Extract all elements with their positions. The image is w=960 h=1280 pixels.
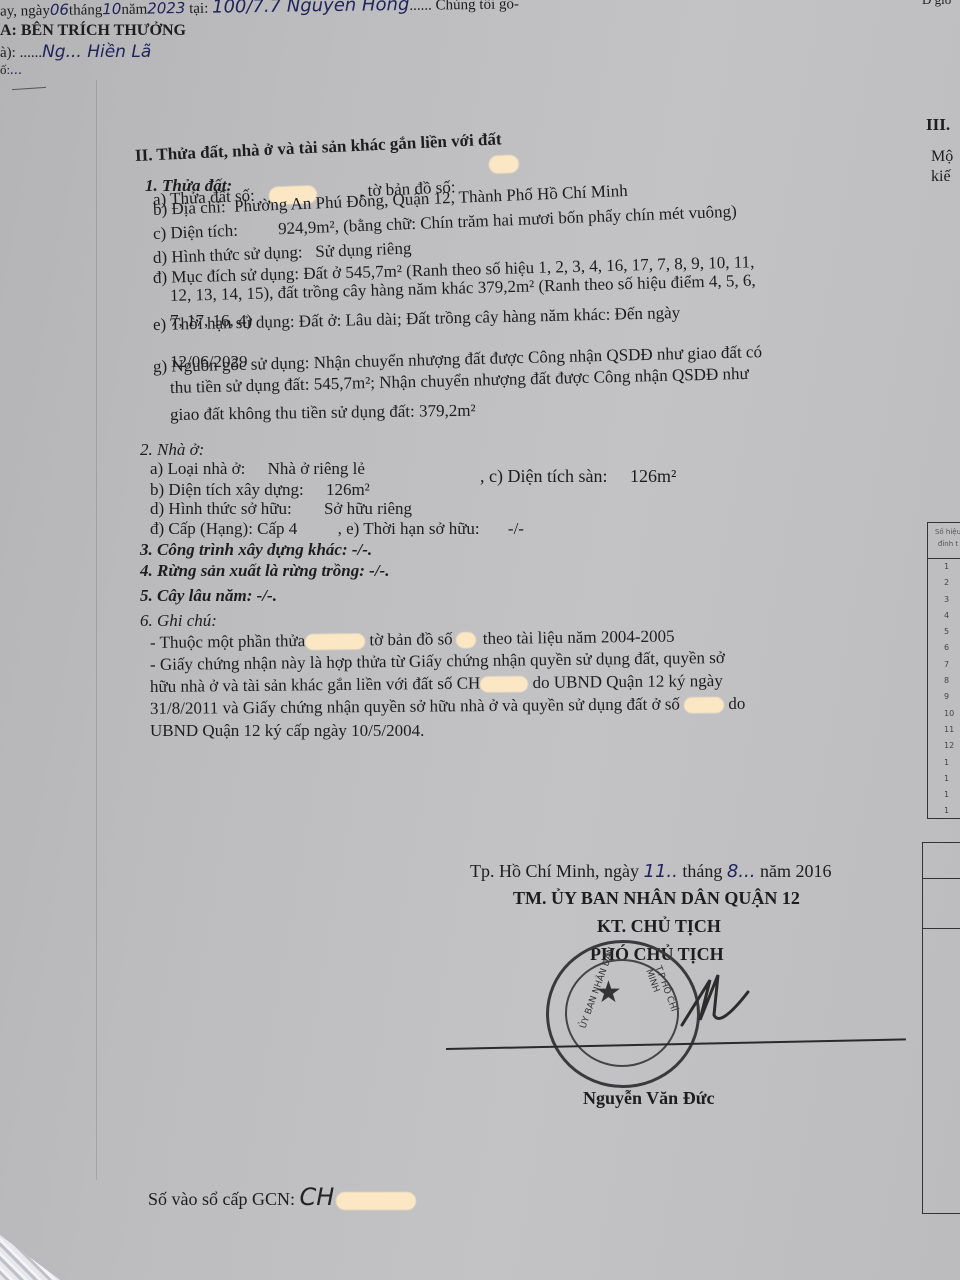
note1-part-a: - Thuộc một phần thửa [150,631,305,652]
section-iii-heading: III. [926,115,950,135]
old-certificate-redacted [684,697,724,713]
note-2-line-2: hữu nhà ở và tài sản khác gắn liền với đ… [150,671,723,697]
ownership-line: d) Hình thức sở hữu: Sở hữu riêng [150,499,412,519]
page-fold [96,80,97,1180]
other-works: 3. Công trình xây dựng khác: -/-. [140,540,372,560]
note2-line2-part-a: hữu nhà ở và tài sản khác gắn liền với đ… [150,674,480,696]
note1-part-c: theo tài liệu năm 2004-2005 [483,627,675,648]
map-sheet-redacted [488,155,519,174]
certificate-redacted [480,676,528,693]
own-term-value: -/- [508,519,524,538]
line4-prefix: ố: [0,62,10,77]
grade-label: đ) Cấp (Hạng): [150,519,253,538]
address-label: b) Địa chỉ: [153,197,226,219]
signing-year-label: năm [760,861,791,881]
handwritten-signature-icon [680,970,750,1030]
signer-name: Nguyễn Văn Đức [583,1088,714,1109]
vertex-row: 9 [944,689,960,705]
right-page-box [922,842,960,1214]
grade-line: đ) Cấp (Hạng): Cấp 4 , e) Thời hạn sở hữ… [150,519,524,539]
vertex-row: 8 [944,673,960,689]
vertex-row: 11 [944,722,960,738]
vertex-row: 2 [944,575,960,591]
place-label: tại: [189,1,208,17]
grade-value: Cấp 4 [257,519,297,538]
parcel-redacted [305,633,365,650]
line4-handwritten: ... [10,63,22,78]
party-name-line: à): ......Ng... Hiền Lã [0,42,151,62]
use-form-value: Sử dụng riêng [315,239,412,262]
note2-line3-part-a: 31/8/2011 và Giấy chứng nhận quyền sở hữ… [150,694,680,718]
box-divider [923,878,960,879]
signing-year: 2016 [795,861,831,881]
vertex-table: Số hiệu đỉnh t 1234567891011121111 [927,522,960,819]
house-type-label: a) Loại nhà ở: [150,459,245,478]
vertex-table-rows: 1234567891011121111 [928,559,960,820]
built-area-value: 126m² [326,480,370,499]
year-label: năm [121,2,147,18]
vertex-row: 3 [944,592,960,608]
month-label: tháng [69,2,103,18]
built-area-label: b) Diện tích xây dựng: [150,480,304,499]
authority: TM. ỦY BAN NHÂN DÂN QUẬN 12 [513,888,800,909]
note2-line3-part-b: do [728,694,745,713]
year-handwritten: 2023 [147,0,185,18]
registry-number-redacted [336,1192,416,1210]
vertex-row: 1 [944,787,960,803]
vertex-row: 10 [944,706,960,722]
vertex-row: 12 [944,738,960,754]
floor-area-value: 126m² [630,466,676,486]
vertex-row: 7 [944,657,960,673]
area-label: c) Diện tích: [153,221,239,243]
signing-month-label: tháng [682,861,722,881]
house-type-line: a) Loại nhà ở: Nhà ở riêng lẻ [150,459,365,479]
party-line-4: ố:... [0,62,23,78]
built-area-line: b) Diện tích xây dựng: 126m² [150,480,370,500]
use-form-label: d) Hình thức sử dụng: [153,243,303,267]
signing-day: 11.. [644,861,678,882]
vertex-row: 1 [944,559,960,575]
vertex-header-1: Số hiệu [928,526,960,538]
pen-mark [12,87,46,90]
floor-area-label: , c) Diện tích sàn: [480,466,607,486]
vertex-row: 6 [944,640,960,656]
registry-label: Số vào sổ cấp GCN: [148,1189,295,1209]
document-photo: ay, ngày06tháng10năm2023 tại: 100/7.7 Ng… [0,0,960,1280]
note2-line2-part-b: do UBND Quận 12 ký ngày [532,671,722,692]
own-term-label: , e) Thời hạn sở hữu: [338,519,480,538]
contract-date-line: ay, ngày06tháng10năm2023 tại: 100/7.7 Ng… [0,0,519,21]
trailing-text: ...... Chúng tôi gồ- [409,0,519,14]
map-redacted [456,632,476,648]
floor-area-line: , c) Diện tích sàn: 126m² [480,466,676,487]
day-handwritten: 06 [50,1,69,19]
origin-line-3: giao đất không thu tiền sử dụng đất: 379… [170,401,476,425]
signing-month: 8... [727,861,756,882]
vertex-table-header: Số hiệu đỉnh t [928,523,960,559]
vertex-row: 1 [944,803,960,819]
perennial: 5. Cây lâu năm: -/-. [140,586,277,606]
vertex-header-2: đỉnh t [928,538,960,550]
vertex-row: 1 [944,771,960,787]
name-handwritten: Ng... Hiền Lã [42,42,151,62]
month-handwritten: 10 [102,0,121,18]
right-page-line-1: Mộ [931,148,953,166]
house-type-value: Nhà ở riêng lẻ [268,459,365,478]
vertex-row: 5 [944,624,960,640]
signing-date: Tp. Hồ Chí Minh, ngày 11.. tháng 8... nă… [470,861,831,882]
signing-date-prefix: Tp. Hồ Chí Minh, ngày [470,861,639,881]
area-value: 924,9m² [278,217,335,238]
ownership-label: d) Hình thức sở hữu: [150,499,292,518]
vertex-row: 1 [944,755,960,771]
ownership-value: Sở hữu riêng [324,499,412,518]
right-page-top-fragment: Đ gio [922,0,951,8]
on-behalf: KT. CHỦ TỊCH [597,916,721,937]
house-heading: 2. Nhà ở: [140,440,204,460]
vertex-row: 4 [944,608,960,624]
name-prefix: à): ...... [0,45,42,61]
registry-prefix-handwritten: CH [300,1183,335,1211]
section-ii-heading: II. Thửa đất, nhà ở và tài sản khác gắn … [135,129,502,166]
forest: 4. Rừng sản xuất là rừng trồng: -/-. [140,561,389,581]
official-seal: ★ ỦY BAN NHÂN DÂN T.P HỒ CHÍ MINH [546,940,700,1088]
note-2-line-3: 31/8/2011 và Giấy chứng nhận quyền sở hữ… [150,694,746,719]
note-2-line-4: UBND Quận 12 ký cấp ngày 10/5/2004. [150,721,424,741]
plastic-cover-edge [0,1230,60,1280]
right-page-line-2: kiế [931,168,951,186]
note1-part-b: tờ bản đồ số [369,629,452,649]
place-handwritten: 100/7.7 Nguyễn Hồng [212,0,410,18]
registry-line: Số vào sổ cấp GCN: CH [148,1183,416,1211]
box-divider [923,928,960,929]
term-line-1: e) Thời hạn sử dụng: Đất ở: Lâu dài; Đất… [153,303,681,335]
party-heading: A: BÊN TRÍCH THƯỞNG [0,22,186,40]
notes-heading: 6. Ghi chú: [140,611,217,631]
date-prefix: ay, ngày [0,3,50,20]
